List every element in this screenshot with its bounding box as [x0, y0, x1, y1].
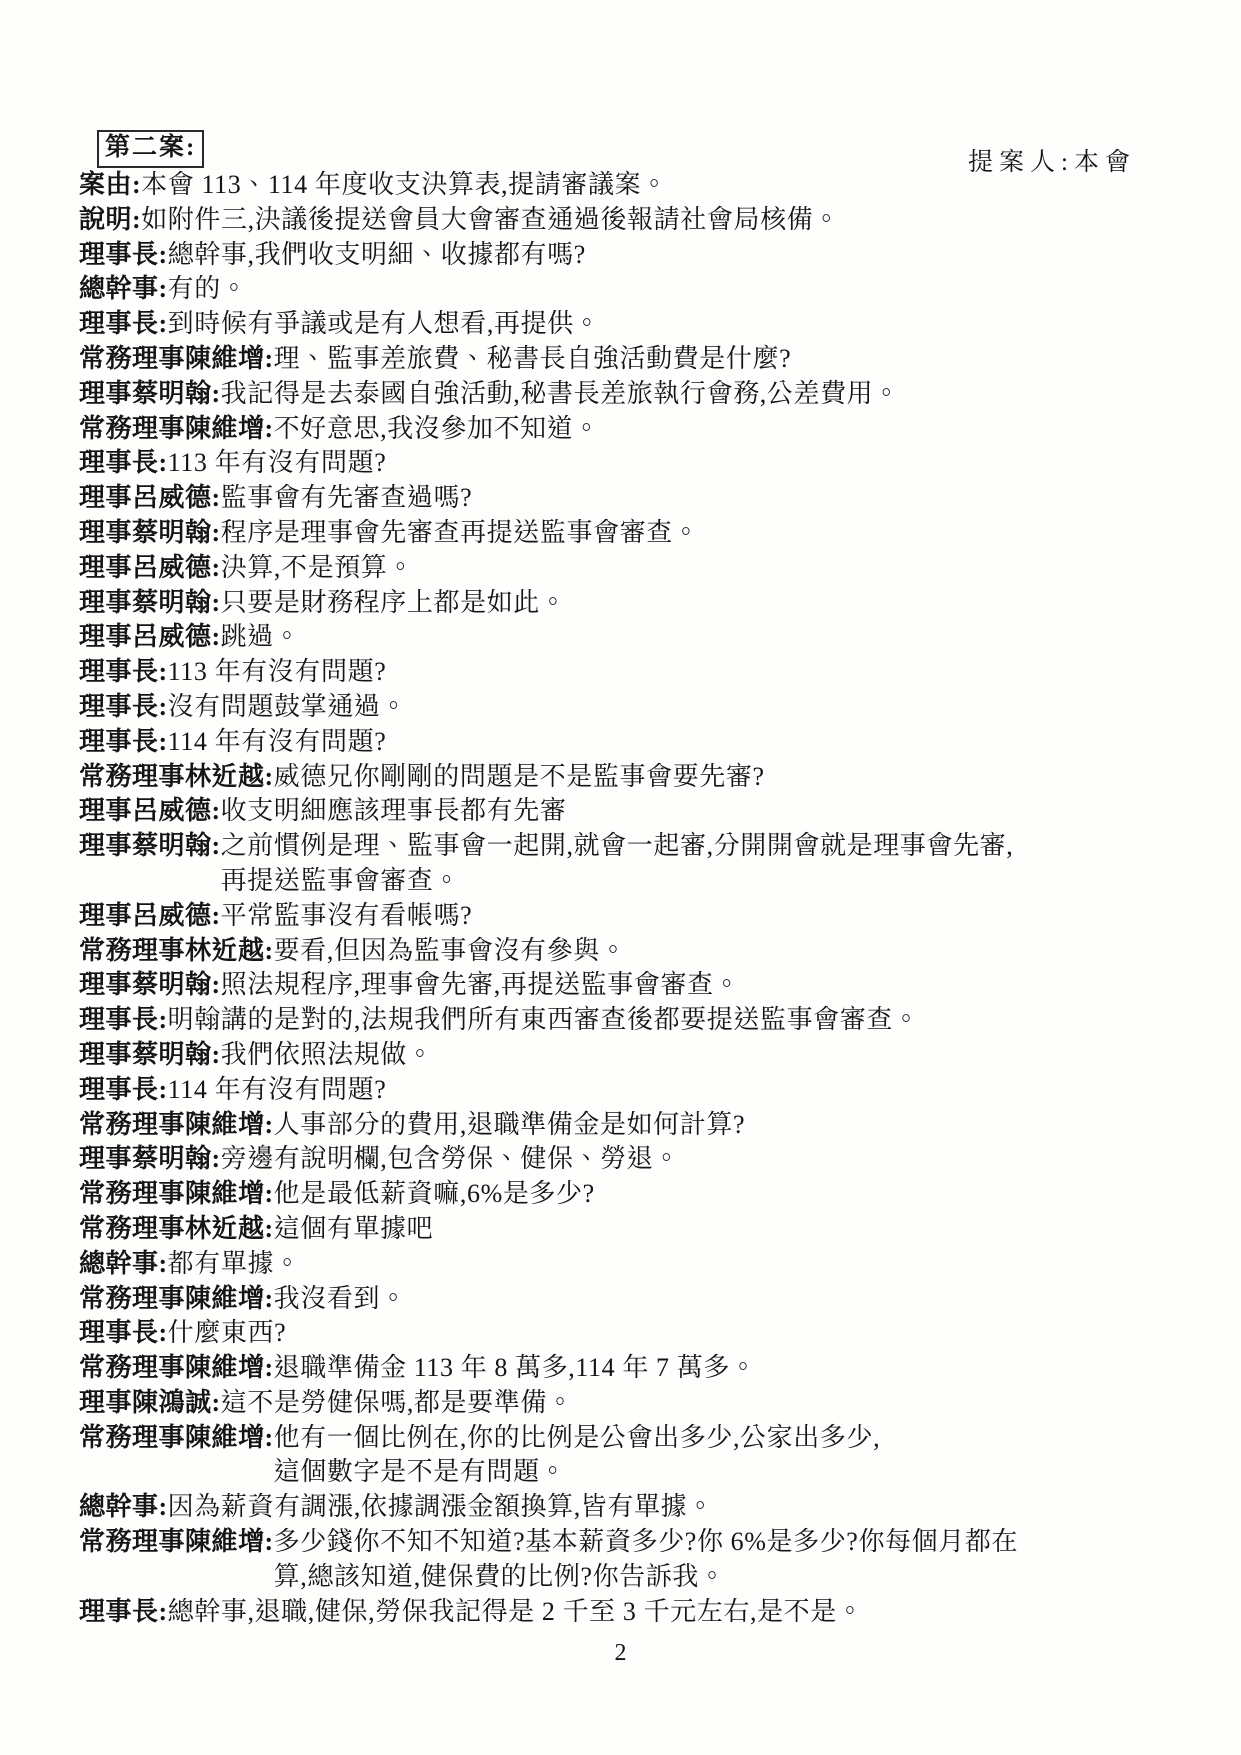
speech-text: 到時候有爭議或是有人想看,再提供。	[168, 307, 601, 342]
speech-text: 照法規程序,理事會先審,再提送監事會審查。	[221, 968, 741, 1003]
dialogue-line: 常務理事陳維增:不好意思,我沒參加不知道。	[79, 412, 1171, 447]
dialogue-line: 理事呂威德:監事會有先審查過嗎?	[79, 481, 1171, 516]
speaker-label: 理事長:	[79, 1003, 168, 1038]
speech-text: 本會 113、114 年度收支決算表,提請審議案。	[141, 168, 668, 203]
dialogue-line: 常務理事陳維增:他是最低薪資嘛,6%是多少?	[79, 1177, 1171, 1212]
dialogue-line: 常務理事陳維增:我沒看到。	[79, 1282, 1171, 1317]
speech-text: 之前慣例是理、監事會一起開,就會一起審,分開開會就是理事會先審, 再提送監事會審…	[221, 829, 1014, 899]
dialogue-line: 理事呂威德:收支明細應該理事長都有先審	[79, 794, 1171, 829]
speech-text: 我們依照法規做。	[221, 1038, 434, 1073]
dialogue-line: 總幹事:有的。	[79, 272, 1171, 307]
speech-text: 我記得是去泰國自強活動,秘書長差旅執行會務,公差費用。	[221, 377, 900, 412]
speech-text: 只要是財務程序上都是如此。	[221, 586, 567, 621]
speech-text: 旁邊有說明欄,包含勞保、健保、勞退。	[221, 1142, 680, 1177]
dialogue-line: 常務理事陳維增:理、監事差旅費、秘書長自強活動費是什麼?	[79, 342, 1171, 377]
speaker-label: 理事呂威德:	[79, 899, 221, 934]
speaker-label: 理事長:	[79, 1316, 168, 1351]
speaker-label: 理事蔡明翰:	[79, 1038, 221, 1073]
speaker-label: 理事長:	[79, 725, 168, 760]
dialogue-line: 理事長:113 年有沒有問題?	[79, 655, 1171, 690]
dialogue-line: 理事呂威德:決算,不是預算。	[79, 551, 1171, 586]
speaker-label: 理事長:	[79, 1595, 168, 1630]
speaker-label: 理事呂威德:	[79, 481, 221, 516]
dialogue-line: 理事長:總幹事,我們收支明細、收據都有嗎?	[79, 238, 1171, 273]
dialogue-line: 常務理事林近越:威德兄你剛剛的問題是不是監事會要先審?	[79, 760, 1171, 795]
speaker-label: 理事呂威德:	[79, 620, 221, 655]
speaker-label: 常務理事林近越:	[79, 760, 274, 795]
speech-text: 程序是理事會先審查再提送監事會審查。	[221, 516, 700, 551]
speaker-label: 理事蔡明翰:	[79, 1142, 221, 1177]
speech-text: 總幹事,我們收支明細、收據都有嗎?	[168, 238, 586, 273]
dialogue-line: 理事長:明翰講的是對的,法規我們所有東西審查後都要提送監事會審查。	[79, 1003, 1171, 1038]
speaker-label: 理事長:	[79, 307, 168, 342]
speaker-label: 常務理事林近越:	[79, 934, 274, 969]
dialogue-line: 理事長:114 年有沒有問題?	[79, 725, 1171, 760]
speech-text: 什麼東西?	[168, 1316, 287, 1351]
speaker-label: 常務理事陳維增:	[79, 412, 274, 447]
speaker-label: 常務理事陳維增:	[79, 342, 274, 377]
speaker-label: 理事長:	[79, 690, 168, 725]
speaker-label: 理事蔡明翰:	[79, 377, 221, 412]
dialogue-line: 常務理事陳維增:多少錢你不知不知道?基本薪資多少?你 6%是多少?你每個月都在 …	[79, 1525, 1171, 1595]
dialogue-line: 說明:如附件三,決議後提送會員大會審查通過後報請社會局核備。	[79, 203, 1171, 238]
speech-text: 威德兄你剛剛的問題是不是監事會要先審?	[274, 760, 765, 795]
speech-text: 跳過。	[221, 620, 301, 655]
speaker-label: 理事長:	[79, 1073, 168, 1108]
speaker-label: 總幹事:	[79, 272, 168, 307]
dialogue-line: 理事長:113 年有沒有問題?	[79, 446, 1171, 481]
speech-text: 113 年有沒有問題?	[168, 446, 387, 481]
speaker-label: 理事蔡明翰:	[79, 968, 221, 1003]
speech-text: 收支明細應該理事長都有先審	[221, 794, 567, 829]
speech-text: 因為薪資有調漲,依據調漲金額換算,皆有單據。	[168, 1490, 714, 1525]
dialogue-line: 常務理事陳維增:人事部分的費用,退職準備金是如何計算?	[79, 1108, 1171, 1143]
dialogue-line: 理事蔡明翰:程序是理事會先審查再提送監事會審查。	[79, 516, 1171, 551]
speech-text: 平常監事沒有看帳嗎?	[221, 899, 473, 934]
speech-text: 總幹事,退職,健保,勞保我記得是 2 千至 3 千元左右,是不是。	[168, 1595, 864, 1630]
speech-text: 理、監事差旅費、秘書長自強活動費是什麼?	[274, 342, 792, 377]
dialogue-line: 理事蔡明翰:照法規程序,理事會先審,再提送監事會審查。	[79, 968, 1171, 1003]
dialogue-line: 理事呂威德:跳過。	[79, 620, 1171, 655]
speaker-label: 常務理事陳維增:	[79, 1421, 274, 1456]
dialogue-line: 理事長:114 年有沒有問題?	[79, 1073, 1171, 1108]
document-page: 第二案: 提案人:本會 案由:本會 113、114 年度收支決算表,提請審議案。…	[0, 0, 1241, 1755]
dialogue-line: 理事呂威德:平常監事沒有看帳嗎?	[79, 899, 1171, 934]
speech-text: 他是最低薪資嘛,6%是多少?	[274, 1177, 595, 1212]
speech-text: 114 年有沒有問題?	[168, 1073, 387, 1108]
speech-text: 多少錢你不知不知道?基本薪資多少?你 6%是多少?你每個月都在 算,總該知道,健…	[274, 1525, 1018, 1595]
speaker-label: 理事蔡明翰:	[79, 586, 221, 621]
speaker-label: 理事長:	[79, 655, 168, 690]
dialogue-line: 理事蔡明翰:之前慣例是理、監事會一起開,就會一起審,分開開會就是理事會先審, 再…	[79, 829, 1171, 899]
speaker-label: 理事蔡明翰:	[79, 829, 221, 864]
dialogue-line: 理事陳鴻誠:這不是勞健保嗎,都是要準備。	[79, 1386, 1171, 1421]
dialogue-line: 案由:本會 113、114 年度收支決算表,提請審議案。	[79, 168, 1171, 203]
speech-text: 退職準備金 113 年 8 萬多,114 年 7 萬多。	[274, 1351, 757, 1386]
speaker-label: 理事蔡明翰:	[79, 516, 221, 551]
speech-text: 114 年有沒有問題?	[168, 725, 387, 760]
speech-text: 他有一個比例在,你的比例是公會出多少,公家出多少, 這個數字是不是有問題。	[274, 1421, 881, 1491]
dialogue-body: 案由:本會 113、114 年度收支決算表,提請審議案。說明:如附件三,決議後提…	[79, 168, 1171, 1629]
speaker-label: 常務理事林近越:	[79, 1212, 274, 1247]
speaker-label: 常務理事陳維增:	[79, 1282, 274, 1317]
speech-text: 113 年有沒有問題?	[168, 655, 387, 690]
speaker-label: 常務理事陳維增:	[79, 1108, 274, 1143]
dialogue-line: 常務理事陳維增:退職準備金 113 年 8 萬多,114 年 7 萬多。	[79, 1351, 1171, 1386]
dialogue-line: 理事長:什麼東西?	[79, 1316, 1171, 1351]
case-number-box: 第二案:	[97, 130, 204, 168]
speech-text: 沒有問題鼓掌通過。	[168, 690, 407, 725]
dialogue-line: 理事蔡明翰:我們依照法規做。	[79, 1038, 1171, 1073]
dialogue-line: 總幹事:都有單據。	[79, 1247, 1171, 1282]
speech-text: 明翰講的是對的,法規我們所有東西審查後都要提送監事會審查。	[168, 1003, 920, 1038]
speaker-label: 常務理事陳維增:	[79, 1177, 274, 1212]
speaker-label: 理事長:	[79, 446, 168, 481]
speaker-label: 理事長:	[79, 238, 168, 273]
page-number: 2	[0, 1640, 1241, 1667]
speech-text: 監事會有先審查過嗎?	[221, 481, 473, 516]
speech-text: 有的。	[168, 272, 248, 307]
speech-text: 這不是勞健保嗎,都是要準備。	[221, 1386, 574, 1421]
speech-text: 我沒看到。	[274, 1282, 407, 1317]
dialogue-line: 總幹事:因為薪資有調漲,依據調漲金額換算,皆有單據。	[79, 1490, 1171, 1525]
dialogue-line: 理事長:沒有問題鼓掌通過。	[79, 690, 1171, 725]
dialogue-line: 常務理事林近越:這個有單據吧	[79, 1212, 1171, 1247]
speech-text: 要看,但因為監事會沒有參與。	[274, 934, 627, 969]
speech-text: 不好意思,我沒參加不知道。	[274, 412, 600, 447]
speech-text: 這個有單據吧	[274, 1212, 434, 1247]
speech-text: 人事部分的費用,退職準備金是如何計算?	[274, 1108, 745, 1143]
dialogue-line: 常務理事林近越:要看,但因為監事會沒有參與。	[79, 934, 1171, 969]
dialogue-line: 理事蔡明翰:只要是財務程序上都是如此。	[79, 586, 1171, 621]
dialogue-line: 理事蔡明翰:我記得是去泰國自強活動,秘書長差旅執行會務,公差費用。	[79, 377, 1171, 412]
speech-text: 都有單據。	[168, 1247, 301, 1282]
speaker-label: 案由:	[79, 168, 141, 203]
dialogue-line: 理事長:總幹事,退職,健保,勞保我記得是 2 千至 3 千元左右,是不是。	[79, 1595, 1171, 1630]
speaker-label: 總幹事:	[79, 1247, 168, 1282]
speaker-label: 總幹事:	[79, 1490, 168, 1525]
speaker-label: 常務理事陳維增:	[79, 1525, 274, 1560]
dialogue-line: 理事長:到時候有爭議或是有人想看,再提供。	[79, 307, 1171, 342]
speaker-label: 理事陳鴻誠:	[79, 1386, 221, 1421]
speech-text: 如附件三,決議後提送會員大會審查通過後報請社會局核備。	[141, 203, 840, 238]
dialogue-line: 常務理事陳維增:他有一個比例在,你的比例是公會出多少,公家出多少, 這個數字是不…	[79, 1421, 1171, 1491]
speaker-label: 理事呂威德:	[79, 551, 221, 586]
dialogue-line: 理事蔡明翰:旁邊有說明欄,包含勞保、健保、勞退。	[79, 1142, 1171, 1177]
speech-text: 決算,不是預算。	[221, 551, 414, 586]
speaker-label: 理事呂威德:	[79, 794, 221, 829]
speaker-label: 常務理事陳維增:	[79, 1351, 274, 1386]
speaker-label: 說明:	[79, 203, 141, 238]
